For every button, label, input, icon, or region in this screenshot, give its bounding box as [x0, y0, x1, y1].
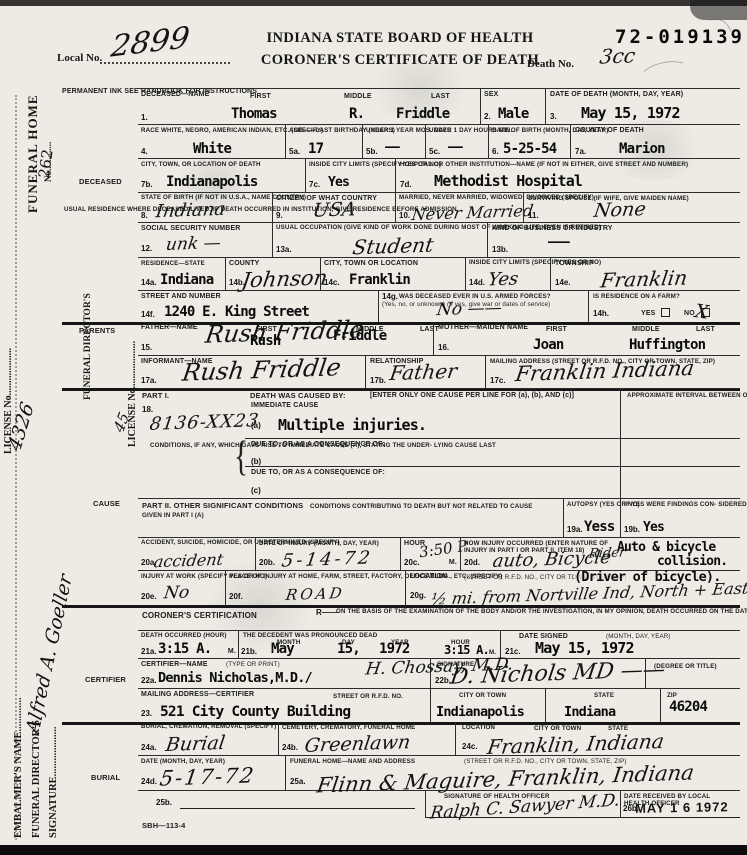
value-city-of-death: Indianapolis	[166, 175, 258, 189]
value-date-of-birth: 5-25-54	[503, 142, 556, 156]
item-number: 13a.	[276, 246, 292, 254]
margin-funeral-directors-label: FUNERAL DIRECTOR'S	[83, 288, 93, 400]
row-street-armed-farm: STREET AND NUMBER 14f. 1240 E. King Stre…	[138, 290, 740, 322]
hour-m-label: M.	[449, 559, 457, 567]
item-number: 16.	[438, 344, 449, 352]
field-sublabel: MIDDLE	[632, 326, 660, 334]
field-certifier-mailing-address: MAILING ADDRESS—CERTIFIER STREET OR R.F.…	[138, 689, 430, 722]
field-certifier-zip: ZIP 46204	[660, 689, 740, 722]
cause-c-label: (c)	[251, 487, 261, 495]
field-pronounced-dead: THE DECEDENT WAS PRONOUNCED DEAD MONTH D…	[238, 631, 500, 658]
scan-edge-top	[0, 0, 747, 6]
field-burial-type: BURIAL, CREMATION, REMOVAL (SPECIFY) 24a…	[138, 722, 278, 755]
value-place-of-injury: ROAD	[285, 586, 346, 603]
field-hour-of-injury: HOUR 20c. 3:50 P M.	[400, 538, 460, 570]
field-citizen-country: CITIZEN OF WHAT COUNTRY 9. USA	[272, 193, 395, 222]
field-residence-state: RESIDENCE—STATE 14a. Indiana	[138, 258, 225, 290]
field-part2: PART II. OTHER SIGNIFICANT CONDITIONS CO…	[138, 499, 563, 537]
item-number: 5c.	[429, 148, 440, 156]
field-injury-at-work: INJURY AT WORK (SPECIFY YES OR NO) 20e. …	[138, 571, 225, 605]
item-number: 23.	[141, 710, 152, 718]
item-number: 8.	[141, 212, 148, 220]
field-date-signed: DATE SIGNED (MONTH, DAY, YEAR) 21c. May …	[500, 631, 740, 658]
margin-embalmers-name-label: EMBALMER'S NAME.............	[13, 686, 24, 838]
field-label: TOWNSHIP	[555, 260, 594, 268]
value-pronounced-hour: 3:15 A.	[444, 644, 489, 656]
value-burial-date: 5-17-72	[158, 765, 256, 789]
field-label: CITY OR TOWN	[459, 692, 506, 699]
field-sublabel: LAST	[696, 326, 715, 334]
form-title-line1: INDIANA STATE BOARD OF HEALTH	[250, 30, 550, 47]
coroner-certification-text: ON THE BASIS OF THE EXAMINATION OF THE B…	[336, 608, 747, 615]
value-pronounced-day: 15,	[337, 642, 360, 656]
field-findings: IF YES WERE FINDINGS CON- SIDERED IN DET…	[620, 499, 740, 537]
field-residence-on-farm: IS RESIDENCE ON A FARM? 14h. YES NO X	[588, 291, 740, 322]
field-date-of-birth: DATE OF BIRTH (MONTH, DAY, YEAR) 6. 5-25…	[488, 125, 570, 158]
field-label: SEX	[484, 91, 498, 99]
value-township: Franklin	[599, 268, 688, 291]
farm-yes-label: YES	[641, 310, 655, 318]
field-father-name: FATHER—NAME FIRST MIDDLE LAST 15. Rush F…	[138, 322, 433, 355]
part2-label: PART II. OTHER SIGNIFICANT CONDITIONS	[142, 502, 303, 511]
field-label: LOCATION	[462, 724, 495, 731]
field-injury-location: LOCATION (STREET OR R.F.D. NO., CITY OR …	[405, 571, 740, 605]
item-number: 24b.	[282, 744, 298, 752]
value-county-of-death: Marion	[619, 142, 665, 156]
value-how-handwritten: auto, Bicycle	[491, 549, 612, 571]
value-injury-at-work: No	[163, 585, 191, 603]
value-certifier-typed: Dennis Nicholas,M.D./	[158, 672, 312, 686]
item-number: 17b.	[370, 377, 386, 385]
scanned-death-certificate: INDIANA STATE BOARD OF HEALTH CORONER'S …	[0, 0, 747, 855]
cause-line-b	[245, 466, 740, 467]
death-no-label: Death No.	[527, 58, 574, 70]
row-name: DECEASED—NAME FIRST MIDDLE LAST 1. Thoma…	[138, 88, 740, 124]
value-autopsy: Yess	[584, 520, 615, 534]
value-how-typed: Auto & bicycle	[617, 541, 715, 554]
value-burial-location: Franklin, Indiana	[486, 731, 665, 757]
field-label: LOCATION	[410, 573, 447, 581]
item-number: 3.	[550, 113, 557, 121]
field-residence-county: COUNTY 14b. Johnson	[225, 258, 320, 290]
field-industry: KIND OF BUSINESS OR INDUSTRY 13b. ———	[487, 223, 740, 257]
field-label: BURIAL, CREMATION, REMOVAL (SPECIFY)	[141, 723, 276, 730]
field-sublabel: FIRST	[250, 93, 271, 101]
field-sublabel: FIRST	[546, 326, 567, 334]
item-number: 14g.	[382, 293, 398, 301]
value-industry: ———	[548, 236, 569, 249]
field-inside-city-limits-death: INSIDE CITY LIMITS (SPECIFY YES OR NO) 7…	[305, 159, 395, 192]
field-label: COUNTY OF DEATH	[575, 127, 644, 135]
value-under-1-day: ——	[448, 141, 462, 154]
item-number: 14e.	[555, 279, 571, 287]
field-label: CEMETERY, CREMATORY, FUNERAL HOME	[282, 724, 447, 731]
value-citizen-country: USA	[312, 200, 358, 220]
value-occupation: Student	[351, 235, 434, 258]
field-certifier-name: CERTIFIER—NAME (TYPE OR PRINT) 22a. Denn…	[138, 659, 430, 688]
value-burial-type: Burial	[164, 734, 226, 755]
field-mother-name: MOTHER—MAIDEN NAME FIRST MIDDLE LAST 16.…	[433, 322, 740, 355]
farm-yes-checkbox	[661, 308, 670, 317]
field-health-officer-signature: SIGNATURE OF HEALTH OFFICER Ralph C. Saw…	[425, 791, 620, 818]
value-ssn: unk —	[165, 235, 222, 254]
row-death-pronounced: DEATH OCCURRED (HOUR) 21a. 3:15 A. M. TH…	[138, 630, 740, 658]
field-sublabel: MIDDLE	[344, 93, 372, 101]
section-label-deceased: DECEASED	[79, 178, 122, 187]
farm-no-checkmark: X	[694, 302, 710, 323]
row-informant: INFORMANT—NAME 17a. Rush Friddle RELATIO…	[138, 355, 740, 388]
value-certifier-state: Indiana	[564, 706, 615, 720]
value-hospital: Methodist Hospital	[434, 174, 582, 189]
field-residence-city: CITY, TOWN OR LOCATION 14c. Franklin	[320, 258, 465, 290]
value-marital-status: Never Married	[411, 203, 535, 223]
field-label: DATE OF INJURY (MONTH, DAY, YEAR)	[259, 540, 379, 547]
item-number: 6.	[492, 148, 499, 156]
local-no-value: 2899	[109, 23, 191, 62]
field-how-injury-occurred: HOW INJURY OCCURRED (ENTER NATURE OF INJ…	[460, 538, 740, 570]
item-number: 24a.	[141, 744, 157, 752]
value-street-number: 1240 E. King Street	[164, 305, 309, 319]
field-label: IS RESIDENCE ON A FARM?	[593, 293, 680, 300]
coroner-r-label: R——	[316, 609, 338, 617]
field-sublabel: LAST	[431, 93, 450, 101]
death-hour-m-label: M.	[228, 648, 236, 656]
value-certifier-city: Indianapolis	[436, 706, 524, 720]
due-to-label-2: DUE TO, OR AS A CONSEQUENCE OF:	[251, 469, 385, 477]
item-number: 18.	[142, 406, 153, 414]
row-coroner-certification: CORONER'S CERTIFICATION R—— ON THE BASIS…	[138, 605, 740, 630]
margin-signature-label: SIGNATURE...................	[48, 686, 59, 838]
section-label-parents: PARENTS	[79, 327, 115, 336]
value-how-typed2: collision.	[657, 555, 727, 568]
row-burial-1: BURIAL, CREMATION, REMOVAL (SPECIFY) 24a…	[138, 722, 740, 755]
field-label: RESIDENCE—STATE	[141, 260, 205, 267]
value-cemetery: Greenlawn	[303, 733, 411, 756]
row-parents: FATHER—NAME FIRST MIDDLE LAST 15. Rush F…	[138, 322, 740, 355]
field-cemetery: CEMETERY, CREMATORY, FUNERAL HOME 24b. G…	[278, 722, 455, 755]
item-number: 5a.	[289, 148, 300, 156]
field-relationship: RELATIONSHIP 17b. Father	[365, 356, 485, 388]
value-date-of-death: May 15, 1972	[581, 106, 680, 121]
row-place-of-death: CITY, TOWN, OR LOCATION OF DEATH 7b. Ind…	[138, 158, 740, 192]
scan-edge-bottom	[0, 845, 747, 855]
field-label: FUNERAL HOME—NAME AND ADDRESS	[290, 758, 415, 765]
pencil-scribble	[638, 57, 692, 91]
item-number: 7c.	[309, 181, 320, 189]
row-injury-2: INJURY AT WORK (SPECIFY YES OR NO) 20e. …	[138, 570, 740, 605]
form-number: SBH—113-4	[142, 822, 185, 831]
due-to-label-1: DUE TO, OR AS A CONSEQUENCE OF:	[251, 441, 385, 449]
value-cause-code: 8136-XX23	[148, 412, 260, 434]
field-sex: SEX 2. Male	[480, 89, 545, 124]
field-label: CITY, TOWN OR LOCATION	[324, 260, 418, 268]
item-number: 20e.	[141, 593, 157, 601]
field-township: TOWNSHIP 14e. Franklin	[550, 258, 740, 290]
field-label: IF YES WERE FINDINGS CON- SIDERED IN DET…	[624, 501, 747, 508]
value-date-of-injury: 5-14-72	[280, 549, 373, 570]
field-sublabel: (TYPE OR PRINT)	[226, 661, 280, 668]
local-no-label: Local No.	[57, 52, 102, 64]
value-findings: Yes	[643, 521, 664, 534]
item-number: 21b.	[241, 648, 257, 656]
row-part2-autopsy: PART II. OTHER SIGNIFICANT CONDITIONS CO…	[138, 498, 740, 537]
item-number: 25b.	[156, 799, 172, 807]
value-father-handwritten: Rush Friddle	[204, 317, 366, 346]
field-label: STREET AND NUMBER	[141, 293, 221, 301]
field-label: (DEGREE OR TITLE)	[654, 663, 717, 670]
field-under-1-year: UNDER 1 YEAR MOS. DAYS 5b. ——	[362, 125, 425, 158]
field-occupation: USUAL OCCUPATION (GIVE KIND OF WORK DONE…	[272, 223, 487, 257]
item-number: 24c.	[462, 743, 478, 751]
immediate-cause-label: IMMEDIATE CAUSE	[251, 402, 318, 410]
item-number: 19b.	[624, 526, 640, 534]
field-label: COUNTY	[229, 260, 259, 268]
field-death-occurred-hour: DEATH OCCURRED (HOUR) 21a. 3:15 A. M.	[138, 631, 238, 658]
item-number: 9.	[276, 212, 283, 220]
cause-b-label: (b)	[251, 458, 261, 466]
field-label: CITY, TOWN, OR LOCATION OF DEATH	[141, 161, 261, 168]
item-number: 10.	[399, 212, 410, 220]
value-inside-city-limits-residence: Yes	[487, 270, 520, 289]
coroner-certification-label: CORONER'S CERTIFICATION	[142, 611, 257, 620]
usual-residence-note: USUAL RESIDENCE WHERE DECEASED LIVED. IF…	[64, 206, 138, 213]
death-no-value: 3cc	[598, 45, 636, 66]
item-number: 15.	[141, 344, 152, 352]
value-mother-first: Joan	[533, 338, 564, 352]
item-number: 22a.	[141, 677, 157, 685]
field-degree-title: (DEGREE OR TITLE)	[645, 659, 740, 688]
value-state-of-birth: Indiana	[155, 201, 227, 221]
field-certifier-city: CITY OR TOWN Indianapolis	[430, 689, 545, 722]
field-label: MOTHER—MAIDEN NAME	[438, 324, 528, 332]
field-autopsy: AUTOPSY (YES OR NO) 19a. Yess	[563, 499, 620, 537]
item-number: 17c.	[490, 377, 506, 385]
item-number: 14d.	[469, 279, 485, 287]
field-label: FATHER—NAME	[141, 324, 198, 332]
item-number: 14c.	[324, 279, 340, 287]
field-label: DEATH OCCURRED (HOUR)	[141, 632, 227, 639]
value-residence-city: Franklin	[349, 273, 410, 287]
item-number: 7d.	[400, 181, 412, 189]
item-number: 20f.	[229, 593, 243, 601]
value-last-name: Friddle	[396, 107, 449, 121]
item-number: 14a.	[141, 279, 157, 287]
value-residence-county: Johnson	[240, 268, 329, 292]
value-race: White	[193, 142, 231, 156]
value-date-received-stamp: MAY 1 6 1972	[635, 799, 729, 816]
item-number: 25a.	[290, 778, 306, 786]
value-mother-last: Huffington	[629, 338, 705, 352]
row-ssn-occupation: SOCIAL SECURITY NUMBER 12. unk — USUAL O…	[138, 222, 740, 257]
row-health-officer: 25b. SIGNATURE OF HEALTH OFFICER Ralph C…	[138, 790, 740, 818]
item-number: 14h.	[593, 310, 609, 318]
field-label: SOCIAL SECURITY NUMBER	[141, 225, 241, 233]
field-surviving-spouse: SURVIVING SPOUSE (IF WIFE, GIVE MAIDEN N…	[523, 193, 740, 222]
value-relationship: Father	[388, 361, 458, 383]
value-inside-city-limits: Yes	[328, 176, 349, 189]
form-grid: DECEASED—NAME FIRST MIDDLE LAST 1. Thoma…	[138, 88, 740, 818]
field-armed-forces: 14g. WAS DECEASED EVER IN U.S. ARMED FOR…	[378, 291, 588, 322]
section-label-certifier: CERTIFIER	[85, 676, 126, 685]
row-burial-2: DATE (MONTH, DAY, YEAR) 24d. 5-17-72 FUN…	[138, 755, 740, 790]
value-under-1-year: ——	[385, 141, 399, 154]
item-number: 7b.	[141, 181, 153, 189]
value-injury-location: ½ mi. from Nortville Ind, North + East.	[430, 580, 747, 607]
item-number: 14f.	[141, 311, 155, 319]
field-label: DECEASED—NAME	[141, 91, 209, 99]
section-label-cause: CAUSE	[93, 500, 120, 509]
value-manner-of-death: accident	[153, 552, 225, 570]
field-city-of-death: CITY, TOWN, OR LOCATION OF DEATH 7b. Ind…	[138, 159, 305, 192]
item-number: 12.	[141, 245, 152, 253]
item-number: 2.	[484, 113, 491, 121]
item-number: 21a.	[141, 648, 157, 656]
field-state-of-birth: STATE OF BIRTH (IF NOT IN U.S.A., NAME C…	[138, 193, 272, 222]
field-label: KIND OF BUSINESS OR INDUSTRY	[492, 225, 613, 233]
field-label: STATE	[594, 692, 614, 699]
field-county-of-death: COUNTY OF DEATH 7a. Marion	[570, 125, 740, 158]
item-number: 19a.	[567, 526, 583, 534]
item-number: 5b.	[366, 148, 378, 156]
cause-a-label: (a)	[251, 422, 261, 430]
value-middle-name: R.	[349, 107, 364, 121]
field-sublabel: CITY OR TOWN	[534, 725, 581, 732]
field-place-of-injury: PLACE OF INJURY AT HOME, FARM, STREET, F…	[225, 571, 405, 605]
item-number: 4.	[141, 148, 148, 156]
form-title-line2: CORONER'S CERTIFICATE OF DEATH	[250, 52, 550, 69]
item-number: 17a.	[141, 377, 157, 385]
item-number: 20g.	[410, 592, 426, 600]
field-ssn: SOCIAL SECURITY NUMBER 12. unk —	[138, 223, 272, 257]
value-pronounced-year: 1972	[379, 642, 410, 656]
value-informant: Rush Friddle	[181, 355, 343, 384]
field-under-1-day: UNDER 1 DAY HOURS MIN. 5c. ——	[425, 125, 488, 158]
blank-line-25b	[180, 808, 415, 809]
row-certifier: CERTIFIER—NAME (TYPE OR PRINT) 22a. Denn…	[138, 658, 740, 688]
field-hospital: HOSPITAL OR OTHER INSTITUTION—NAME (IF N…	[395, 159, 740, 192]
field-date-of-injury: DATE OF INJURY (MONTH, DAY, YEAR) 20b. 5…	[255, 538, 400, 570]
field-date-received: DATE RECEIVED BY LOCAL HEALTH OFFICER 26…	[620, 791, 740, 818]
value-sex: Male	[498, 107, 529, 121]
section-label-burial: BURIAL	[91, 774, 120, 783]
field-label: HOSPITAL OR OTHER INSTITUTION—NAME (IF N…	[400, 161, 688, 168]
field-informant-mailing-address: MAILING ADDRESS (STREET OR R.F.D. NO., C…	[485, 356, 740, 388]
row-birth-citizen-marital: STATE OF BIRTH (IF NOT IN U.S.A., NAME C…	[138, 192, 740, 222]
value-age: 17	[308, 142, 323, 156]
item-number: 7a.	[575, 148, 586, 156]
row-residence: RESIDENCE—STATE 14a. Indiana COUNTY 14b.…	[138, 257, 740, 290]
item-number: 20b.	[259, 559, 275, 567]
scan-corner-smudge	[690, 0, 747, 20]
cause-block: 18. 8136-XX23 IMMEDIATE CAUSE (a) Multip…	[138, 388, 620, 498]
value-certifier-zip: 46204	[669, 700, 707, 714]
row-certifier-address: MAILING ADDRESS—CERTIFIER STREET OR R.F.…	[138, 688, 740, 722]
farm-no-label: NO	[684, 310, 695, 318]
value-death-hour: 3:15 A.	[158, 642, 211, 656]
value-armed-forces: No ——	[436, 300, 503, 319]
item-number: 13b.	[492, 246, 508, 254]
value-informant-mailing: Franklin Indiana	[514, 358, 696, 385]
value-surviving-spouse: None	[593, 200, 648, 221]
field-manner-of-death: ACCIDENT, SUICIDE, HOMICIDE, OR UNDETERM…	[138, 538, 255, 570]
value-first-name: Thomas	[231, 107, 277, 121]
value-residence-state: Indiana	[160, 273, 213, 287]
part2-note2: GIVEN IN PART I (A)	[142, 512, 204, 519]
field-certifier-state: STATE Indiana	[545, 689, 660, 722]
field-informant-name: INFORMANT—NAME 17a. Rush Friddle	[138, 356, 365, 388]
field-funeral-home: FUNERAL HOME—NAME AND ADDRESS (STREET OR…	[285, 756, 740, 790]
part2-note: CONDITIONS CONTRIBUTING TO DEATH BUT NOT…	[310, 503, 533, 510]
item-number: 1.	[141, 114, 148, 122]
row-injury-1: ACCIDENT, SUICIDE, HOMICIDE, OR UNDETERM…	[138, 537, 740, 570]
field-label: THE DECEDENT WAS PRONOUNCED DEAD	[243, 632, 377, 639]
field-label: DATE OF DEATH (MONTH, DAY, YEAR)	[550, 91, 683, 99]
field-date-of-death: DATE OF DEATH (MONTH, DAY, YEAR) 3. May …	[545, 89, 740, 124]
item-number: 20d.	[464, 559, 480, 567]
field-age: AGE——LAST BIRTHDAY (YEARS) 5a. 17	[285, 125, 362, 158]
field-sublabel: STREET OR R.F.D. NO.	[333, 693, 403, 700]
value-date-signed: May 15, 1972	[535, 641, 634, 656]
field-burial-date: DATE (MONTH, DAY, YEAR) 24d. 5-17-72	[138, 756, 285, 790]
interval-column: APPROXIMATE INTERVAL BETWEEN ONSET AND D…	[620, 388, 740, 498]
field-burial-location: LOCATION CITY OR TOWN STATE 24c. Frankli…	[455, 722, 740, 755]
value-certifier-address: 521 City County Building	[160, 705, 350, 720]
field-marital-status: MARRIED, NEVER MARRIED, WIDOWED, DIVORCE…	[395, 193, 523, 222]
interval-label: APPROXIMATE INTERVAL BETWEEN ONSET AND D…	[627, 392, 747, 399]
permanent-ink-note: PERMANENT INK SEE HANDBOOK FOR INSTRUCTI…	[62, 88, 126, 96]
item-number: 20c.	[404, 559, 420, 567]
field-label: CERTIFIER—NAME	[141, 661, 208, 669]
field-label: MAILING ADDRESS—CERTIFIER	[141, 691, 254, 699]
cause-line-a	[245, 438, 740, 439]
field-deceased-name: DECEASED—NAME FIRST MIDDLE LAST 1. Thoma…	[138, 89, 480, 124]
item-number: 24d.	[141, 778, 157, 786]
value-immediate-cause: Multiple injuries.	[278, 418, 426, 433]
item-number: 11.	[528, 212, 539, 220]
row-race-age: RACE WHITE, NEGRO, AMERICAN INDIAN, ETC.…	[138, 124, 740, 158]
value-pronounced-month: May	[271, 642, 294, 656]
field-inside-city-limits-residence: INSIDE CITY LIMITS (SPECIFY YES OR NO) 1…	[465, 258, 550, 290]
field-race: RACE WHITE, NEGRO, AMERICAN INDIAN, ETC.…	[138, 125, 285, 158]
